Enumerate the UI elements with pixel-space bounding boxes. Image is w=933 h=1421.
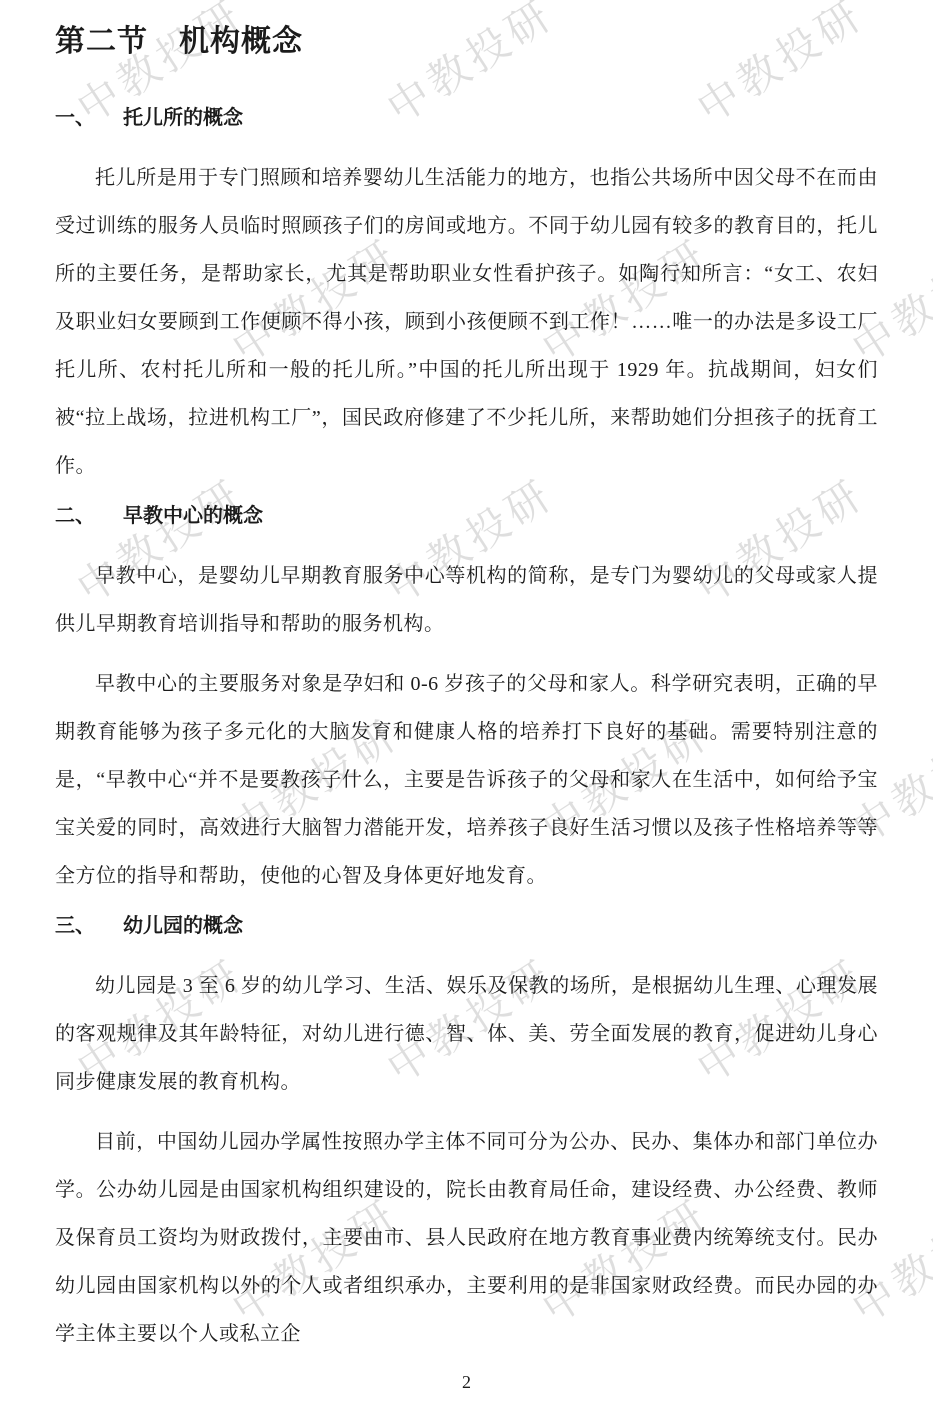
document-content: 第二节 机构概念 一、托儿所的概念托儿所是用于专门照顾和培养婴幼儿生活能力的地方… [0,0,933,1394]
page-number: 2 [55,1370,878,1394]
section-number: 一、 [55,104,95,132]
section-number: 二、 [55,502,95,530]
paragraph: 早教中心，是婴幼儿早期教育服务中心等机构的简称，是专门为婴幼儿的父母或家人提供儿… [55,552,878,648]
section-heading: 二、早教中心的概念 [55,502,878,530]
paragraph: 幼儿园是 3 至 6 岁的幼儿学习、生活、娱乐及保教的场所，是根据幼儿生理、心理… [55,962,878,1106]
paragraph: 托儿所是用于专门照顾和培养婴幼儿生活能力的地方，也指公共场所中因父母不在而由受过… [55,154,878,490]
section-title: 幼儿园的概念 [123,915,243,937]
paragraph: 早教中心的主要服务对象是孕妇和 0-6 岁孩子的父母和家人。科学研究表明，正确的… [55,660,878,900]
document-page: 中教投研中教投研中教投研中教投研中教投研中教投研中教投研中教投研中教投研中教投研… [0,0,933,1421]
section-number: 三、 [55,912,95,940]
section: 二、早教中心的概念早教中心，是婴幼儿早期教育服务中心等机构的简称，是专门为婴幼儿… [55,502,878,900]
section-heading: 一、托儿所的概念 [55,104,878,132]
paragraph: 目前，中国幼儿园办学属性按照办学主体不同可分为公办、民办、集体办和部门单位办学。… [55,1118,878,1358]
section-heading: 三、幼儿园的概念 [55,912,878,940]
sections-container: 一、托儿所的概念托儿所是用于专门照顾和培养婴幼儿生活能力的地方，也指公共场所中因… [55,104,878,1358]
section-title: 托儿所的概念 [123,107,243,129]
page-title: 第二节 机构概念 [55,24,878,60]
section-title: 早教中心的概念 [123,505,263,527]
section: 三、幼儿园的概念幼儿园是 3 至 6 岁的幼儿学习、生活、娱乐及保教的场所，是根… [55,912,878,1358]
section: 一、托儿所的概念托儿所是用于专门照顾和培养婴幼儿生活能力的地方，也指公共场所中因… [55,104,878,490]
